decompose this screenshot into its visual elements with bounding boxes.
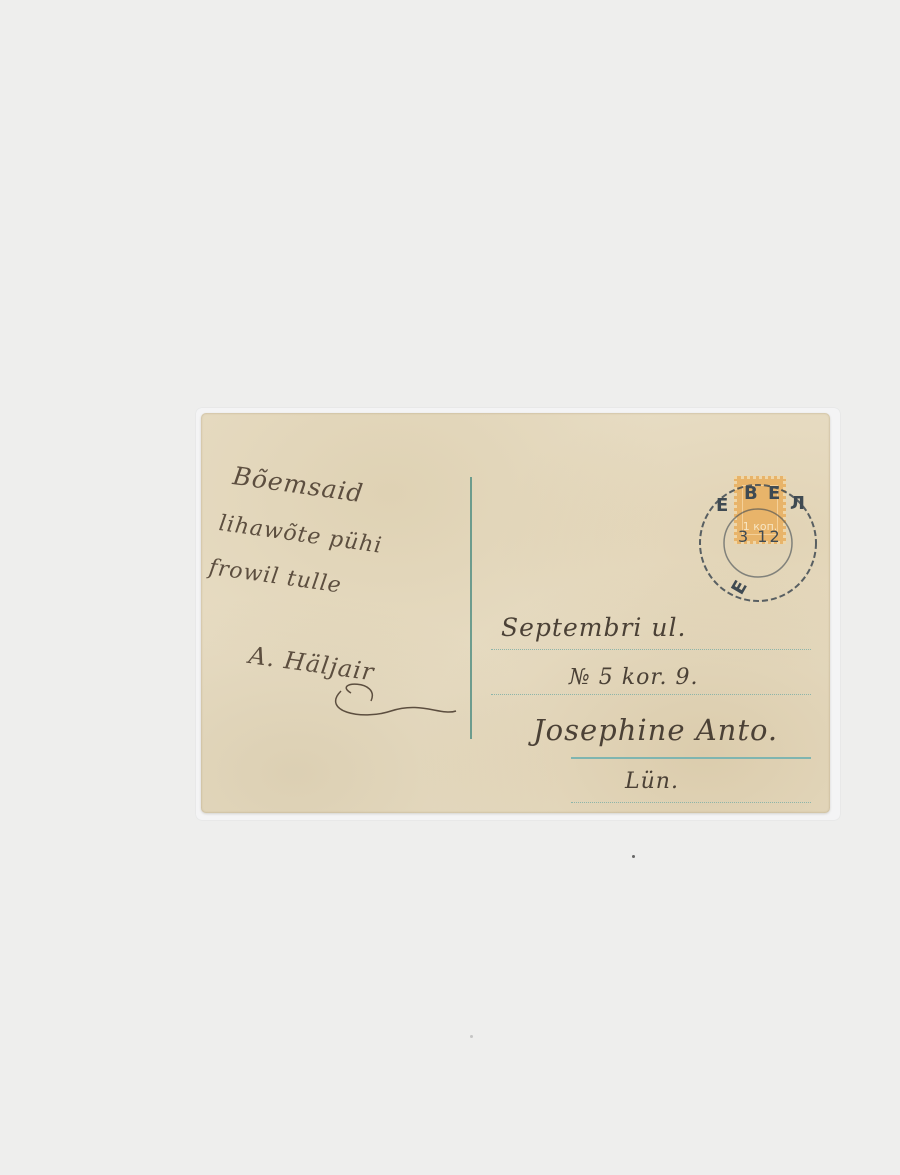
address-line-3 (571, 757, 811, 759)
message-line-3: frowil tulle (207, 555, 343, 598)
signature-flourish-icon (321, 681, 461, 731)
signature: A. Häljair (247, 641, 376, 686)
dust-speck (470, 1035, 473, 1038)
svg-text:Е: Е (716, 495, 728, 516)
address-street: Septembri ul. (501, 613, 686, 642)
center-divider (470, 477, 472, 739)
svg-text:В: В (744, 483, 758, 504)
address-line-2 (491, 694, 811, 695)
postmark-date: 3 12 (738, 527, 782, 546)
postcard: Bõemsaid lihawõte pühi frowil tulle A. H… (201, 413, 830, 813)
address-line-1 (491, 649, 811, 650)
message-area: Bõemsaid lihawõte pühi frowil tulle A. H… (201, 413, 471, 813)
svg-text:Е: Е (768, 483, 780, 504)
address-line-4 (571, 802, 811, 803)
address-number: № 5 kor. 9. (569, 665, 698, 690)
message-line-1: Bõemsaid (231, 461, 365, 508)
dust-speck (632, 855, 635, 858)
svg-text:Л: Л (790, 493, 805, 514)
address-city: Lün. (625, 769, 679, 794)
message-line-2: lihawõte pühi (217, 511, 384, 559)
address-recipient: Josephine Anto. (533, 713, 778, 747)
